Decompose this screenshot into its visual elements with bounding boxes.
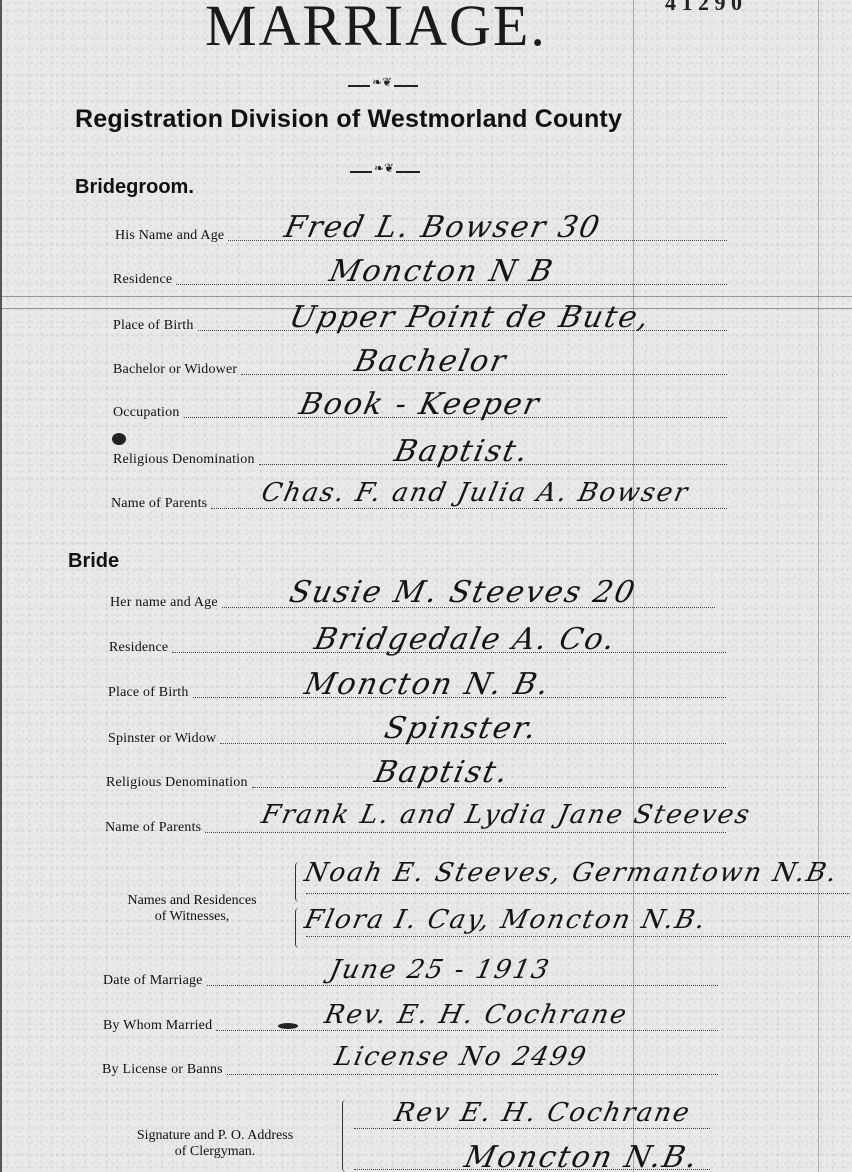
field-label: Spinster or Widow xyxy=(108,731,216,747)
witness-1-field xyxy=(302,892,850,897)
bride-religion-value: Baptist. xyxy=(371,755,512,790)
groom-birthplace-value: Upper Point de Bute, xyxy=(286,300,654,335)
ornament-divider-icon xyxy=(348,82,418,90)
groom-name-age-value: Fred L. Bowser 30 xyxy=(281,210,604,245)
field-label: Name of Parents xyxy=(105,820,201,836)
groom-marital-status-value: Bachelor xyxy=(351,344,510,379)
page-edge xyxy=(0,0,2,1172)
field-label: By Whom Married xyxy=(103,1018,212,1034)
groom-occupation-value: Book - Keeper xyxy=(296,387,543,422)
document-title: MARRIAGE. xyxy=(205,0,547,59)
field-label: Religious Denomination xyxy=(113,452,255,468)
record-number: 4 1 2 9 0 xyxy=(665,0,742,16)
field-label: Residence xyxy=(109,640,168,656)
clergyman-signature-value: Rev E. H. Cochrane xyxy=(392,1098,694,1128)
field-label: Residence xyxy=(113,272,172,288)
groom-residence-value: Moncton N B xyxy=(326,254,557,289)
groom-parents-value: Chas. F. and Julia A. Bowser xyxy=(259,478,692,508)
witness-2-field xyxy=(302,935,850,940)
bride-birthplace-value: Moncton N. B. xyxy=(301,667,553,702)
field-label: Date of Marriage xyxy=(103,973,203,989)
bride-name-age-value: Susie M. Steeves 20 xyxy=(286,575,639,610)
field-label: Bachelor or Widower xyxy=(113,362,237,378)
witness-1-value: Noah E. Steeves, Germantown N.B. xyxy=(302,858,841,888)
field-label: By License or Banns xyxy=(102,1062,223,1078)
clergyman-label-line1: Signature and P. O. Address xyxy=(100,1128,330,1144)
brace xyxy=(295,908,301,948)
brace xyxy=(342,1100,348,1172)
witnesses-label: Names and Residences of Witnesses, xyxy=(102,893,282,925)
bride-heading: Bride xyxy=(68,550,119,573)
bride-residence-value: Bridgedale A. Co. xyxy=(311,622,619,657)
ornament-divider-icon xyxy=(350,168,420,176)
marriage-date-value: June 25 - 1913 xyxy=(327,955,554,985)
officiant-value: Rev. E. H. Cochrane xyxy=(322,1000,631,1030)
groom-religion-value: Baptist. xyxy=(391,434,532,469)
bride-parents-value: Frank L. and Lydia Jane Steeves xyxy=(259,800,754,830)
bridegroom-heading: Bridegroom. xyxy=(75,176,194,199)
fold-line xyxy=(818,0,819,1172)
field-label: Occupation xyxy=(113,405,180,421)
bride-marital-status-value: Spinster. xyxy=(381,711,541,746)
registration-division-heading: Registration Division of Westmorland Cou… xyxy=(75,105,622,134)
ink-blot xyxy=(112,433,126,445)
clergyman-label: Signature and P. O. Address of Clergyman… xyxy=(100,1128,330,1160)
field-label: Religious Denomination xyxy=(106,775,248,791)
witness-2-value: Flora I. Cay, Moncton N.B. xyxy=(302,905,710,935)
fold-line xyxy=(0,296,852,297)
field-label: His Name and Age xyxy=(115,228,224,244)
field-label: Her name and Age xyxy=(110,595,218,611)
field-label: Place of Birth xyxy=(113,318,194,334)
field-label: Name of Parents xyxy=(111,496,207,512)
brace xyxy=(295,862,301,902)
clergyman-address-value: Moncton N.B. xyxy=(461,1140,702,1172)
clergyman-label-line2: of Clergyman. xyxy=(100,1144,330,1160)
license-banns-value: License No 2499 xyxy=(332,1042,590,1072)
field-label: Place of Birth xyxy=(108,685,189,701)
witnesses-label-line2: of Witnesses, xyxy=(102,909,282,925)
witnesses-label-line1: Names and Residences xyxy=(102,893,282,909)
